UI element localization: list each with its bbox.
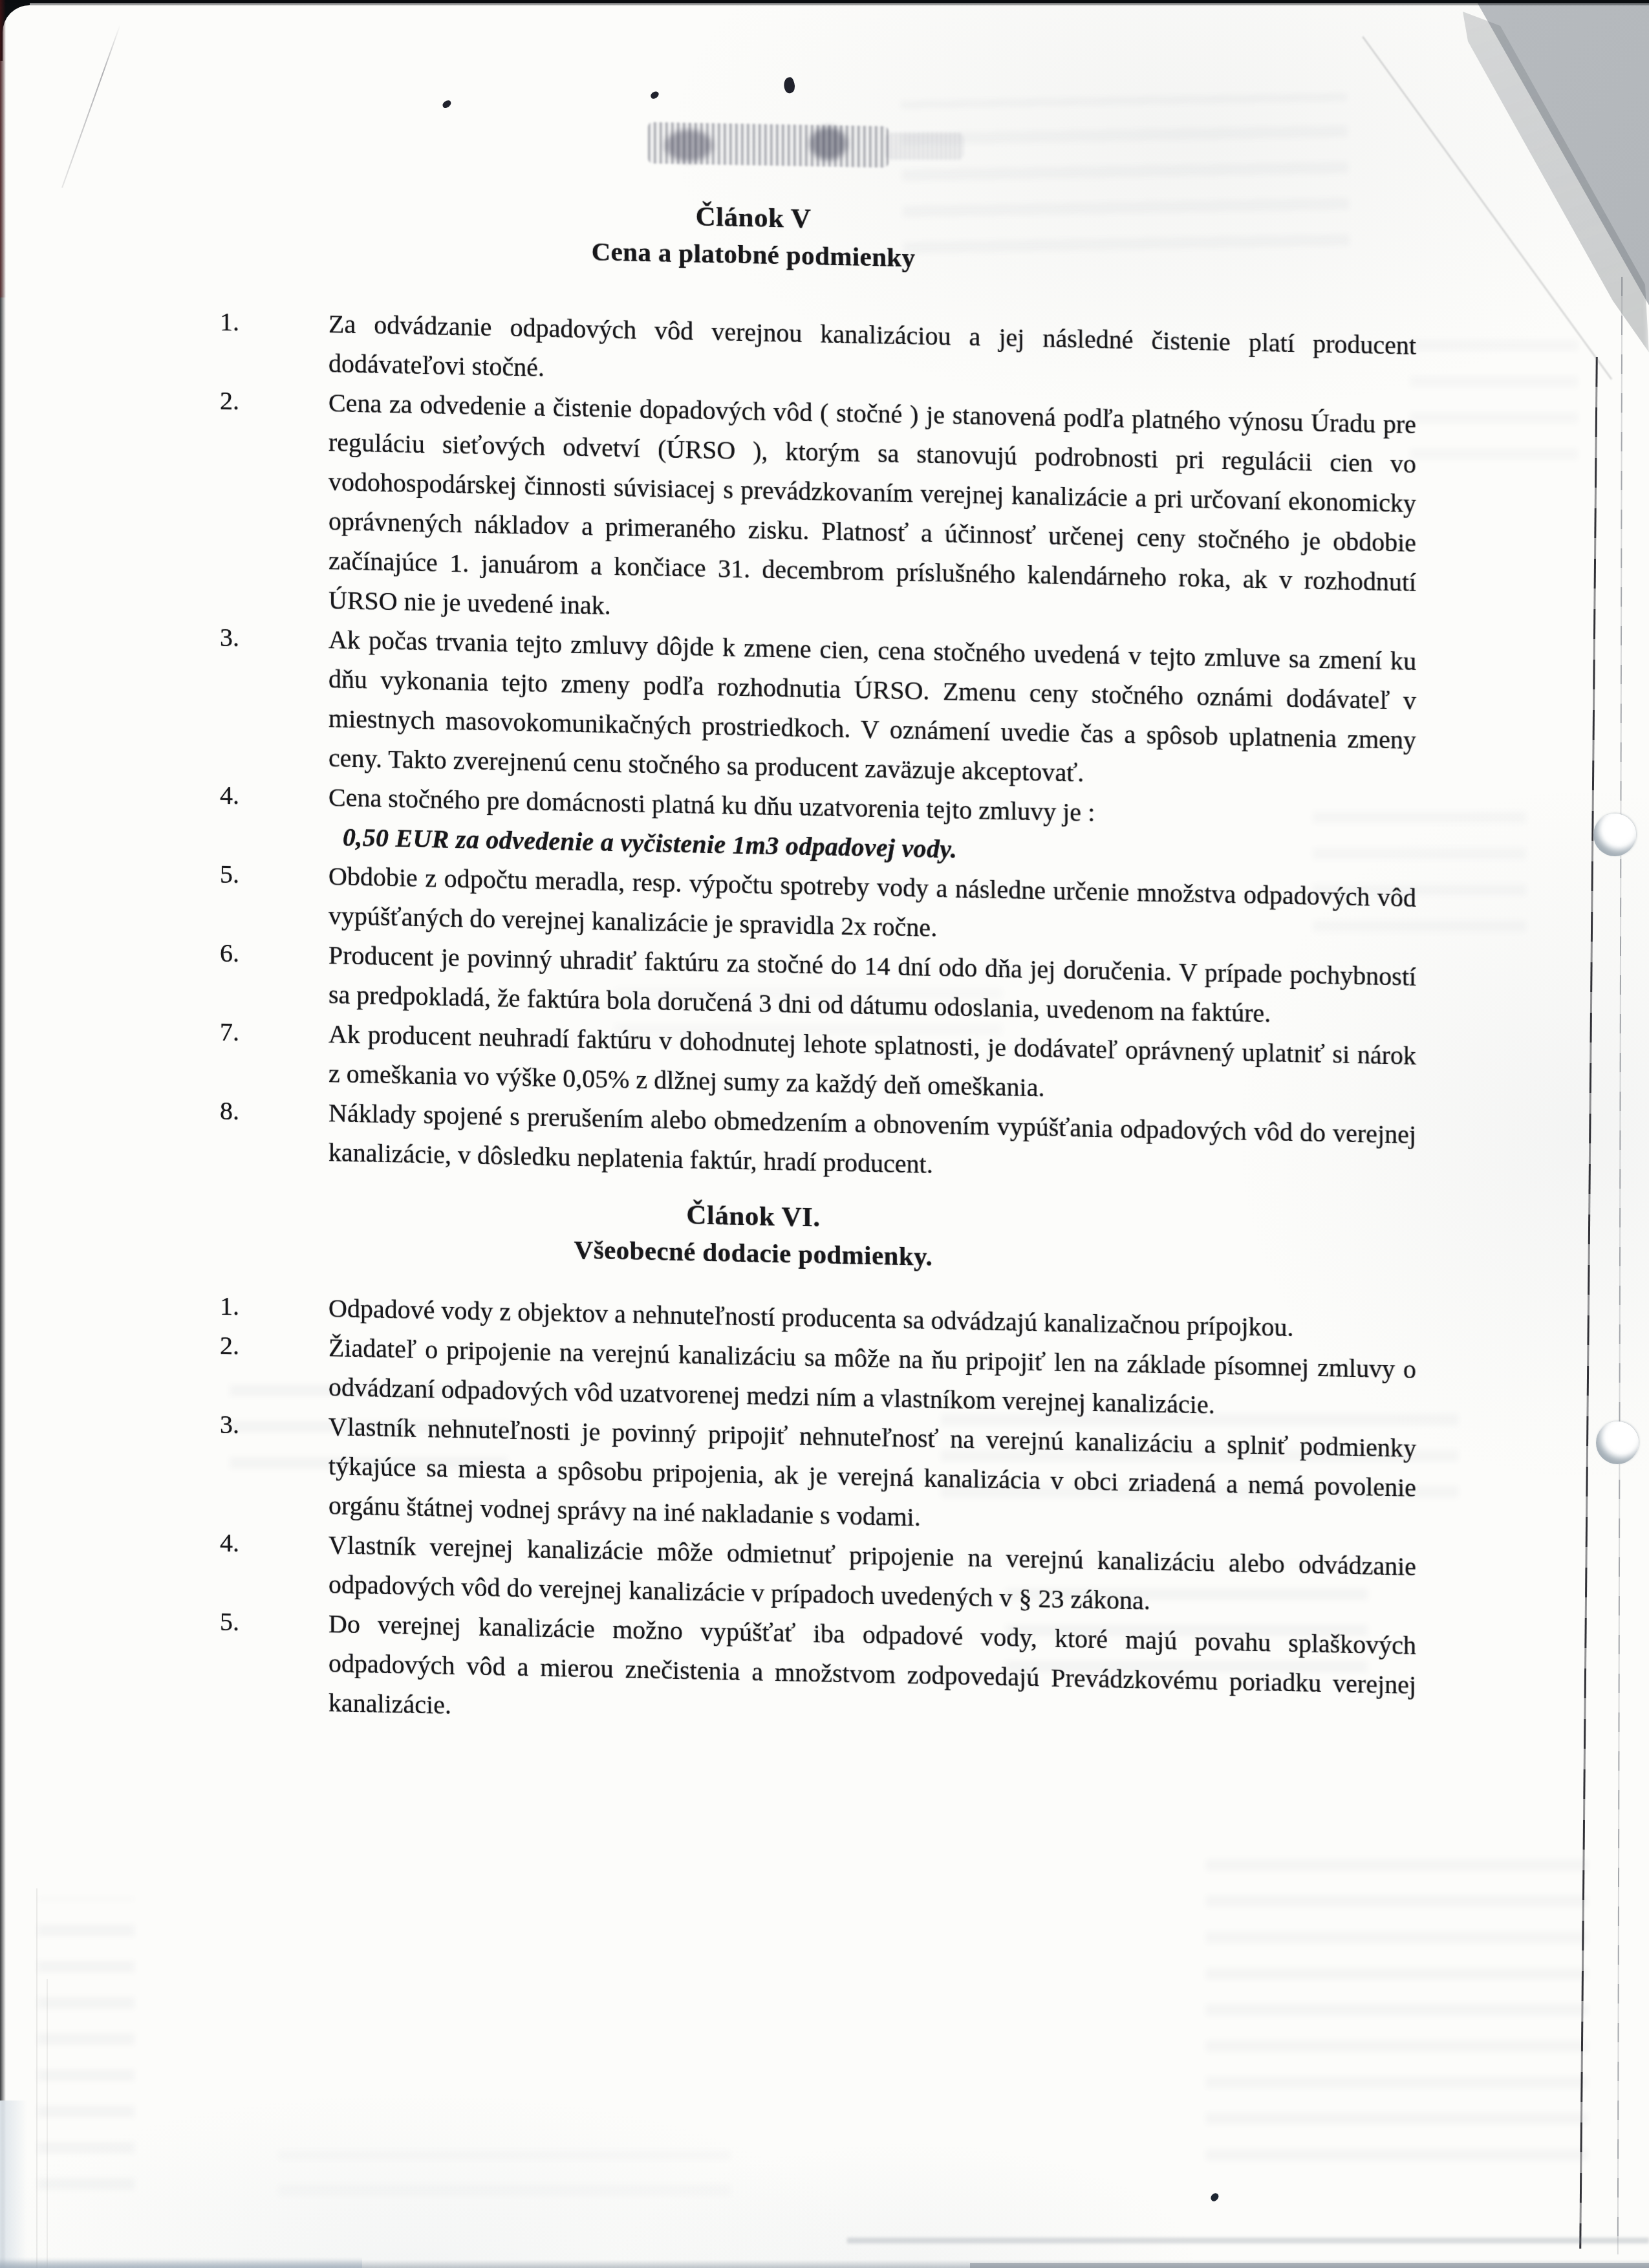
scanner-edge-bottom-left xyxy=(0,2257,362,2268)
ink-stamp-smear-blob xyxy=(810,127,847,160)
bleedthrough-smudge xyxy=(278,2150,731,2209)
bleedthrough-smudge xyxy=(1410,336,1578,472)
clause-number: 3. xyxy=(220,1405,239,1445)
clause-text: Producent je povinný uhradiť faktúru za … xyxy=(329,940,1416,1028)
clause-number: 7. xyxy=(220,1012,239,1052)
clause-number: 1. xyxy=(220,302,239,342)
clause-number: 5. xyxy=(220,1602,239,1642)
ink-stamp-smear-tail xyxy=(886,133,964,160)
clause-number: 4. xyxy=(220,775,239,815)
scanner-edge-left-tint xyxy=(0,0,6,297)
clause-number: 5. xyxy=(220,854,239,894)
clause-vi5: 5. Do verejnej kanalizácie možno vypúšťa… xyxy=(194,1601,1416,1744)
clause-number: 3. xyxy=(220,618,239,658)
scanner-edge-bottom-right xyxy=(970,2263,1649,2268)
punch-hole xyxy=(1593,814,1636,856)
clause-text: Ak počas trvania tejto zmluvy dôjde k zm… xyxy=(329,625,1416,787)
article-5-clauses: 1. Za odvádzanie odpadových vôd verejnou… xyxy=(194,301,1416,1194)
contract-text-block: Článok V Cena a platobné podmienky 1. Za… xyxy=(194,189,1416,1744)
clause-v3: 3. Ak počas trvania tejto zmluvy dôjde k… xyxy=(194,617,1416,799)
clause-number: 1. xyxy=(220,1286,239,1326)
clause-number: 2. xyxy=(220,1326,239,1366)
article-6-clauses: 1. Odpadové vody z objektov a nehnuteľno… xyxy=(194,1286,1416,1744)
clause-number: 4. xyxy=(220,1523,239,1563)
clause-text: Cena za odvedenie a čistenie dopadových … xyxy=(329,388,1416,620)
ink-stamp-smear-blob xyxy=(665,129,713,162)
punch-hole xyxy=(1596,1421,1639,1464)
bleedthrough-smudge xyxy=(38,1898,135,2202)
clause-number: 8. xyxy=(220,1091,239,1131)
clause-text: Žiadateľ o pripojenie na verejnú kanaliz… xyxy=(329,1333,1416,1420)
clause-text: Do verejnej kanalizácie možno vypúšťať i… xyxy=(329,1609,1416,1720)
clause-text: Vlastník nehnuteľnosti je povinný pripoj… xyxy=(329,1412,1416,1531)
clause-number: 6. xyxy=(220,933,239,973)
clause-text: Vlastník verejnej kanalizácie môže odmie… xyxy=(329,1530,1416,1615)
bleedthrough-smudge xyxy=(1206,1837,1588,2173)
paper-crease-bottom-left xyxy=(36,1888,38,2268)
scanner-edge-top xyxy=(0,0,1649,6)
clause-v2: 2. Cena za odvedenie a čistenie dopadový… xyxy=(194,380,1416,642)
page-rounded-corner xyxy=(3,5,74,102)
scanner-edge-left xyxy=(0,0,6,2268)
scan-smudge-row xyxy=(847,2238,1649,2243)
paper-crease-bottom-left xyxy=(47,1979,48,2268)
page-edge-band-bottom-left xyxy=(0,2101,27,2268)
clause-number: 2. xyxy=(220,381,239,421)
